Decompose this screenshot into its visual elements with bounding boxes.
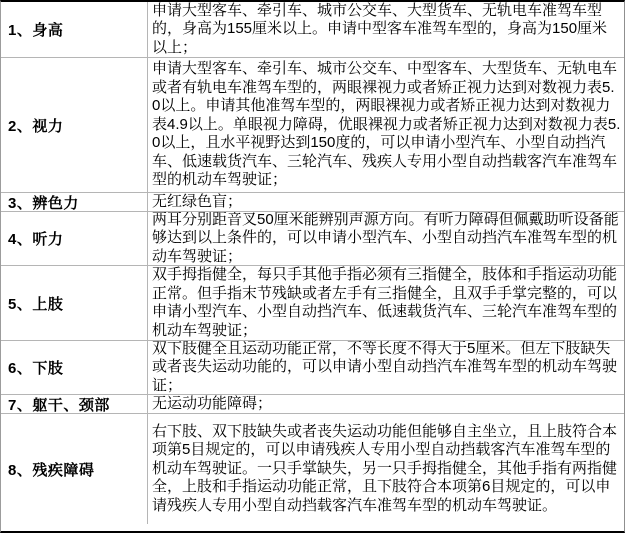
row-text-upper-limbs: 双手拇指健全，每只手其他手指必须有三指健全，肢体和手指运动功能正常。但手指末节残… bbox=[152, 266, 621, 340]
row-text-lower-limbs-cell: 双下肢健全且运动功能正常，不等长度不得大于5厘米。但左下肢缺失或者丧失运动功能的… bbox=[148, 341, 624, 394]
row-label-lower-limbs: 6、下肢 bbox=[1, 341, 148, 394]
table-row-lower-limbs: 6、下肢 双下肢健全且运动功能正常，不等长度不得大于5厘米。但左下肢缺失或者丧失… bbox=[1, 340, 624, 394]
page: 1、身高 申请大型客车、牵引车、城市公交车、大型货车、无轨电车准驾车型的，身高为… bbox=[0, 0, 625, 533]
table-row-hearing: 4、听力 两耳分别距音叉50厘米能辨别声源方向。有听力障碍但佩戴助听设备能够达到… bbox=[1, 211, 624, 265]
row-text-disability-cell: 右下肢、双下肢缺失或者丧失运动功能但能够自主坐立，且上肢符合本项第5目规定的，可… bbox=[148, 414, 624, 524]
row-text-hearing: 两耳分别距音叉50厘米能辨别声源方向。有听力障碍但佩戴助听设备能够达到以上条件的… bbox=[152, 212, 621, 265]
row-text-color-vision: 无红绿色盲； bbox=[152, 193, 242, 211]
table-row-upper-limbs: 5、上肢 双手拇指健全，每只手其他手指必须有三指健全，肢体和手指运动功能正常。但… bbox=[1, 265, 624, 340]
row-label-upper-limbs: 5、上肢 bbox=[1, 266, 148, 340]
row-text-lower-limbs: 双下肢健全且运动功能正常，不等长度不得大于5厘米。但左下肢缺失或者丧失运动功能的… bbox=[152, 341, 621, 394]
row-text-torso-neck: 无运动功能障碍； bbox=[152, 395, 272, 413]
row-label-hearing: 4、听力 bbox=[1, 212, 148, 265]
table-row-height: 1、身高 申请大型客车、牵引车、城市公交车、大型货车、无轨电车准驾车型的，身高为… bbox=[1, 2, 624, 57]
row-text-vision: 申请大型客车、牵引车、城市公交车、中型客车、大型货车、无轨电车或者有轨电车准驾车… bbox=[152, 60, 621, 190]
row-text-height-cell: 申请大型客车、牵引车、城市公交车、大型货车、无轨电车准驾车型的，身高为155厘米… bbox=[148, 2, 624, 57]
row-label-vision: 2、视力 bbox=[1, 58, 148, 192]
row-text-disability: 右下肢、双下肢缺失或者丧失运动功能但能够自主坐立，且上肢符合本项第5目规定的，可… bbox=[152, 423, 621, 516]
requirements-table: 1、身高 申请大型客车、牵引车、城市公交车、大型货车、无轨电车准驾车型的，身高为… bbox=[0, 0, 625, 533]
row-label-disability: 8、残疾障碍 bbox=[1, 414, 148, 524]
table-row-vision: 2、视力 申请大型客车、牵引车、城市公交车、中型客车、大型货车、无轨电车或者有轨… bbox=[1, 57, 624, 192]
row-text-color-vision-cell: 无红绿色盲； bbox=[148, 193, 624, 211]
row-label-torso-neck: 7、躯干、颈部 bbox=[1, 395, 148, 413]
row-label-color-vision: 3、辨色力 bbox=[1, 193, 148, 211]
row-label-height: 1、身高 bbox=[1, 2, 148, 57]
row-text-vision-cell: 申请大型客车、牵引车、城市公交车、中型客车、大型货车、无轨电车或者有轨电车准驾车… bbox=[148, 58, 624, 192]
row-text-upper-limbs-cell: 双手拇指健全，每只手其他手指必须有三指健全，肢体和手指运动功能正常。但手指末节残… bbox=[148, 266, 624, 340]
table-row-color-vision: 3、辨色力 无红绿色盲； bbox=[1, 192, 624, 211]
table-row-torso-neck: 7、躯干、颈部 无运动功能障碍； bbox=[1, 394, 624, 413]
table-row-disability: 8、残疾障碍 右下肢、双下肢缺失或者丧失运动功能但能够自主坐立，且上肢符合本项第… bbox=[1, 413, 624, 524]
row-text-height: 申请大型客车、牵引车、城市公交车、大型货车、无轨电车准驾车型的，身高为155厘米… bbox=[152, 2, 621, 57]
row-text-hearing-cell: 两耳分别距音叉50厘米能辨别声源方向。有听力障碍但佩戴助听设备能够达到以上条件的… bbox=[148, 212, 624, 265]
row-text-torso-neck-cell: 无运动功能障碍； bbox=[148, 395, 624, 413]
